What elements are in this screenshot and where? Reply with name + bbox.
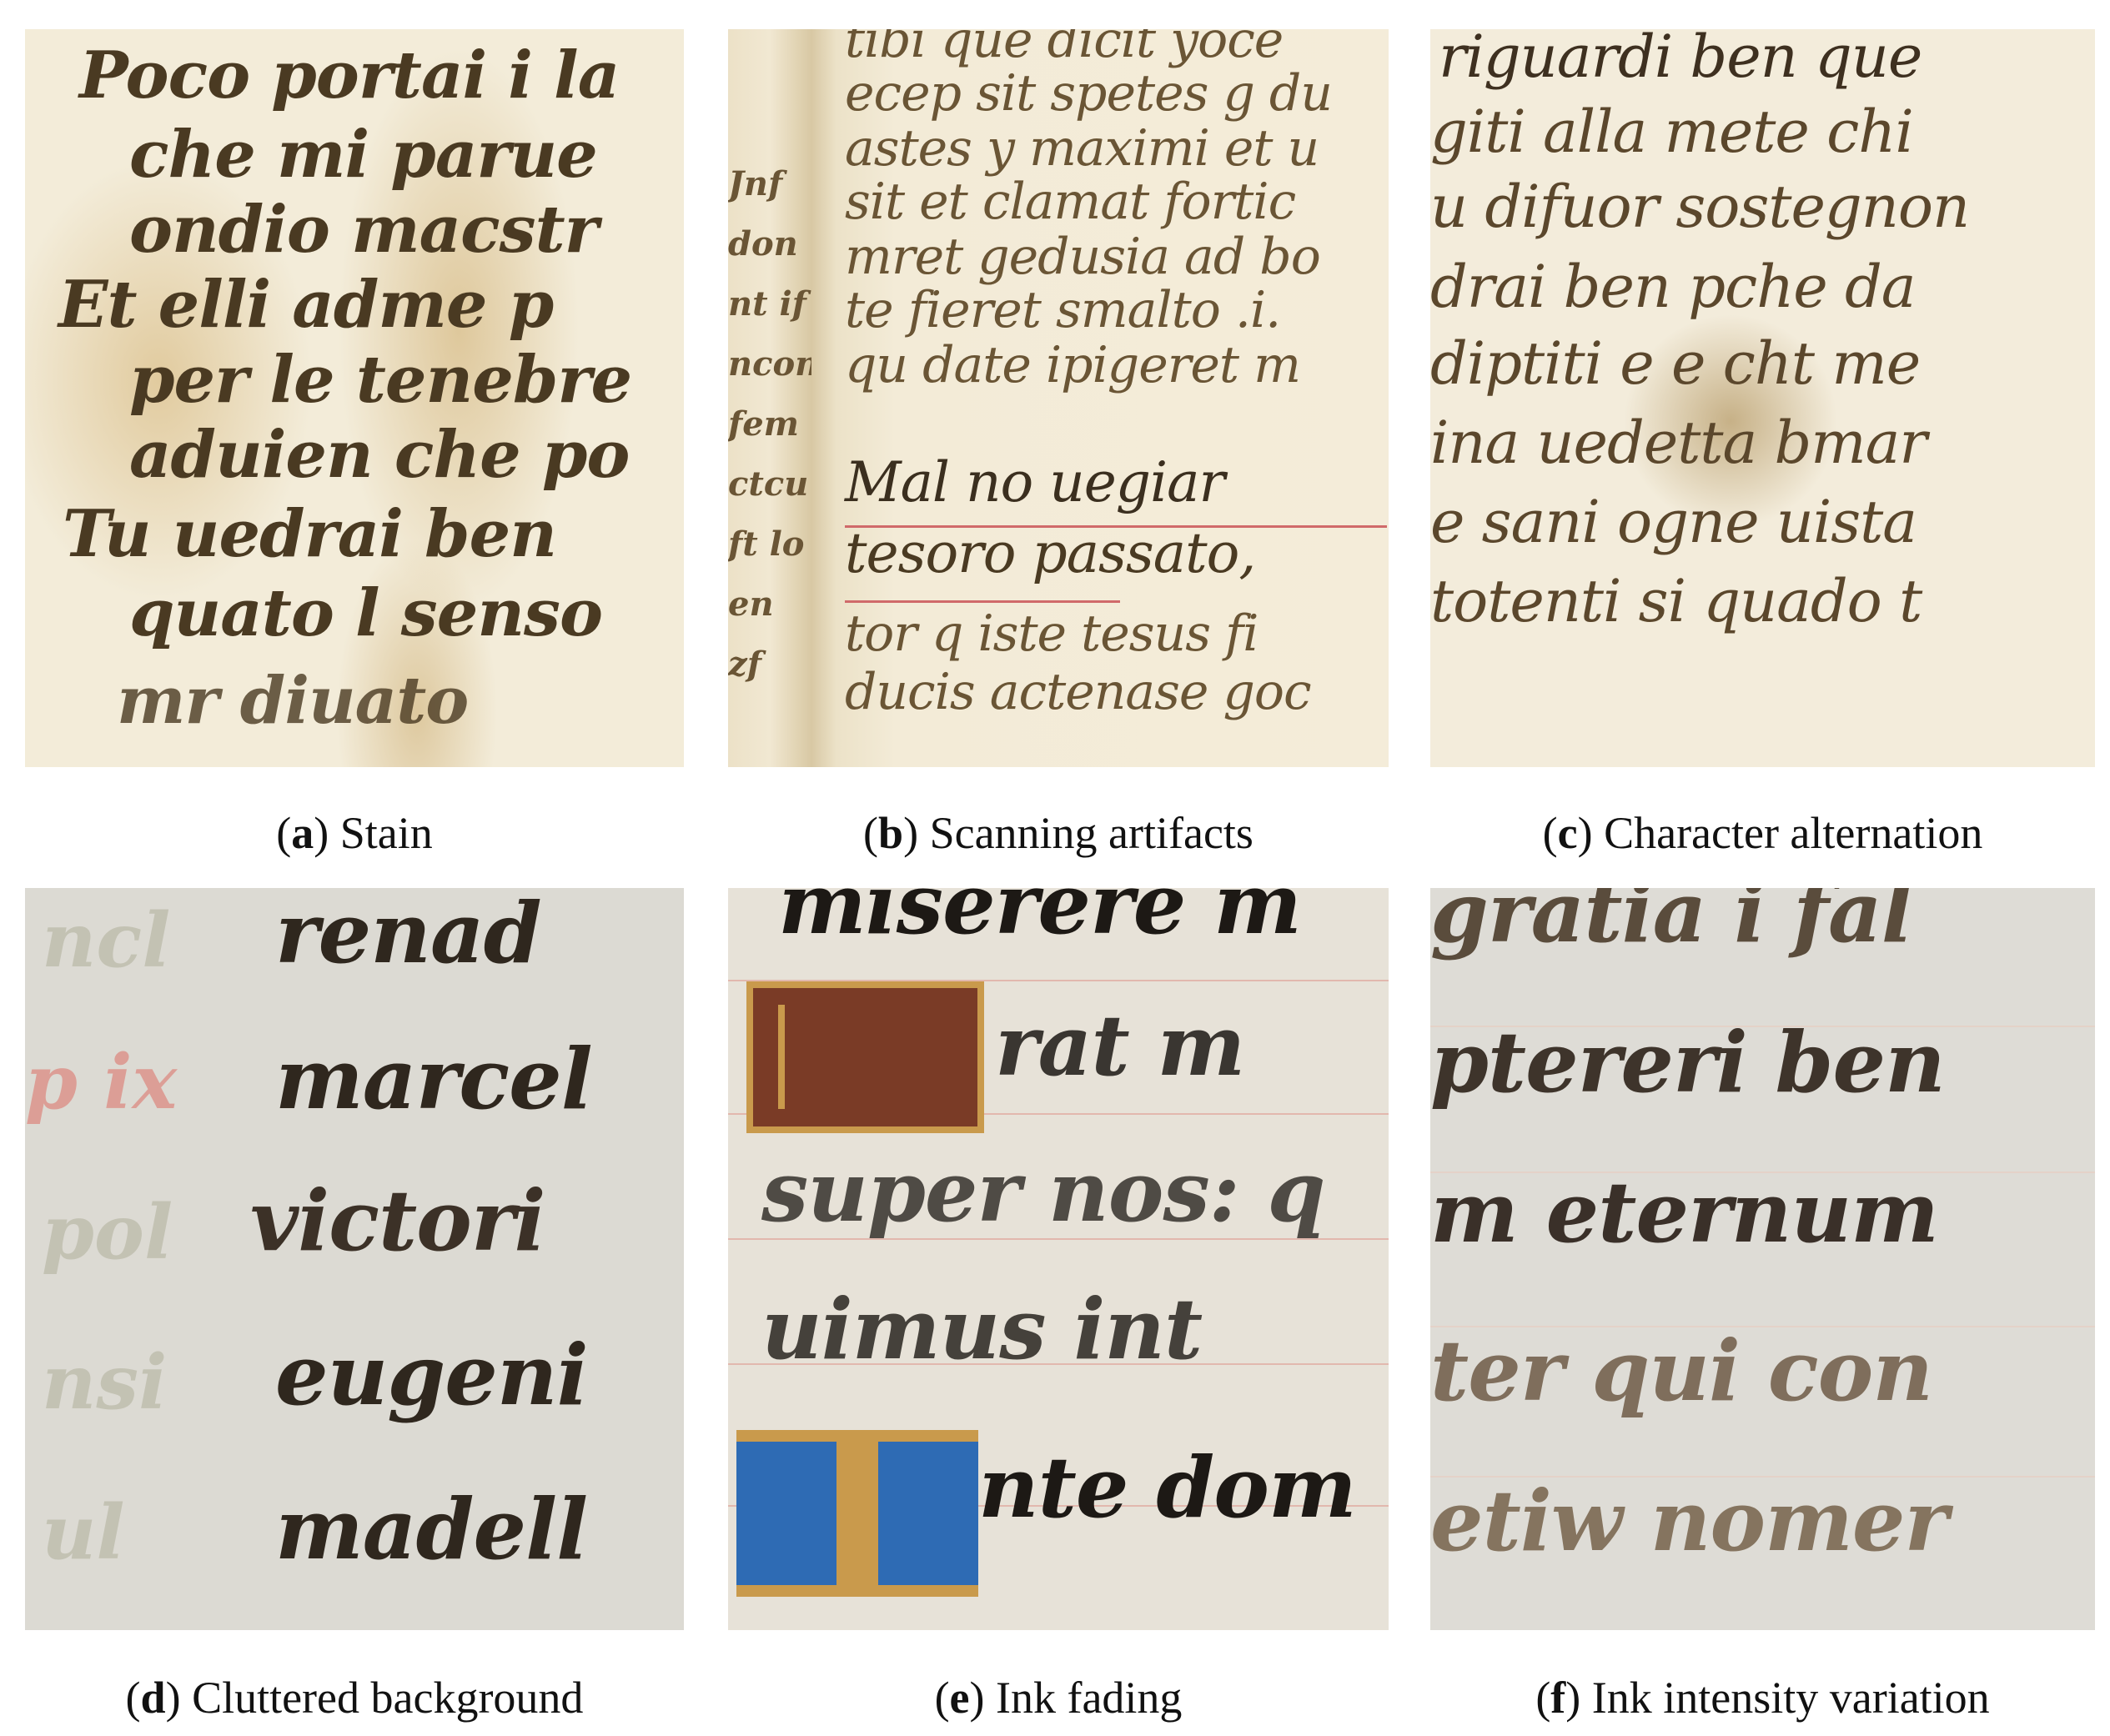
illuminated-initial-blue <box>736 1430 978 1597</box>
manuscript-line: per le tenebre <box>129 342 631 418</box>
manuscript-line: tibi que dicit yoce <box>845 29 1283 69</box>
manuscript-line: qu date ipigeret m <box>845 336 1300 394</box>
caption-text: Character alternation <box>1604 808 1982 858</box>
bleed-through-text: p ix <box>25 1038 177 1126</box>
manuscript-line: ducis actenase goc <box>845 663 1311 721</box>
caption-a: (a) Stain <box>25 807 684 859</box>
illuminated-initial-brown <box>746 981 984 1133</box>
bleed-through-text: ul <box>42 1488 125 1577</box>
manuscript-line: drai ben pche da <box>1430 253 1916 321</box>
caption-text: Scanning artifacts <box>930 808 1253 858</box>
manuscript-line: te fieret smalto .i. <box>845 281 1280 339</box>
manuscript-image-stain: Poco portai i la che mi parue ondio macs… <box>25 29 684 767</box>
manuscript-line: ter qui con <box>1430 1322 1932 1420</box>
facing-page-gutter: Jnf don nt if ncon fem ctcu ft lo en zf <box>728 154 811 695</box>
caption-f: (f) Ink intensity variation <box>1430 1672 2095 1723</box>
caption-label: c <box>1558 808 1578 858</box>
manuscript-line: eugeni <box>275 1326 588 1424</box>
manuscript-line: Tu uedrai ben <box>63 496 556 572</box>
caption-text: Stain <box>340 808 433 858</box>
gutter-line: en zf <box>728 574 811 695</box>
manuscript-image-scanning-artifacts: Jnf don nt if ncon fem ctcu ft lo en zf … <box>728 29 1389 767</box>
gutter-line: ctcu <box>728 454 811 514</box>
manuscript-line: miserere m <box>778 888 1301 953</box>
rubric-underline <box>845 600 1120 603</box>
manuscript-line: riguardi ben que <box>1439 29 1922 91</box>
gutter-line: don <box>728 214 811 274</box>
manuscript-image-character-alternation: riguardi ben que giti alla mete chi u di… <box>1430 29 2095 767</box>
manuscript-line: astes y maximi et u <box>845 119 1319 178</box>
manuscript-line: mret gedusia ad bo <box>845 228 1320 286</box>
caption-text: Cluttered background <box>192 1673 583 1723</box>
caption-text: Ink fading <box>996 1673 1182 1723</box>
manuscript-line: renad <box>275 888 541 982</box>
manuscript-line: giti alla mete chi <box>1430 98 1913 166</box>
manuscript-line: madell <box>275 1480 587 1578</box>
manuscript-image-ink-intensity-variation: gratia i fal ptereri ben m eternum ter q… <box>1430 888 2095 1630</box>
manuscript-line: Et elli adme p <box>58 267 553 343</box>
manuscript-line: nte dom <box>978 1438 1356 1537</box>
manuscript-line: etiw nomer <box>1430 1472 1947 1570</box>
manuscript-line: tesoro passato, <box>845 521 1255 585</box>
manuscript-line: diptiti e e cht me <box>1430 329 1920 398</box>
manuscript-line: u difuor sostegnon <box>1430 173 1969 241</box>
caption-label: a <box>291 808 314 858</box>
manuscript-line: Mal no uegiar <box>845 450 1224 514</box>
manuscript-line: victori <box>250 1172 545 1270</box>
manuscript-line: sit et clamat fortic <box>845 173 1295 231</box>
caption-b: (b) Scanning artifacts <box>728 807 1389 859</box>
manuscript-image-cluttered-background: ncl p ix pol nsi ul renad marcel victori… <box>25 888 684 1630</box>
manuscript-line: tor q iste tesus fi <box>845 605 1258 663</box>
manuscript-line: mr diuato <box>117 663 468 739</box>
caption-label: b <box>878 808 903 858</box>
gutter-line: nt if <box>728 274 811 334</box>
caption-d: (d) Cluttered background <box>25 1672 684 1723</box>
manuscript-line: Poco portai i la <box>79 38 619 113</box>
manuscript-line: aduien che po <box>129 417 629 493</box>
manuscript-line: uimus int <box>761 1280 1202 1378</box>
bleed-through-text: nsi <box>42 1338 167 1427</box>
manuscript-line: marcel <box>275 1030 592 1128</box>
gutter-line: fem <box>728 394 811 454</box>
manuscript-line: ondio macstr <box>129 192 598 268</box>
bleed-through-text: ncl <box>42 896 170 985</box>
gutter-line: ft lo <box>728 514 811 574</box>
caption-e: (e) Ink fading <box>728 1672 1389 1723</box>
gutter-line: Jnf <box>728 154 811 214</box>
caption-label: e <box>950 1673 970 1723</box>
manuscript-line: gratia i fal <box>1430 888 1912 961</box>
manuscript-line: rat m <box>995 996 1244 1095</box>
manuscript-line: e sani ogne uista <box>1430 488 1917 556</box>
manuscript-image-ink-fading: miserere m rat m super nos: q uimus int … <box>728 888 1389 1630</box>
manuscript-line: che mi parue <box>129 117 597 193</box>
caption-label: f <box>1550 1673 1565 1723</box>
manuscript-line: totenti si quado t <box>1430 567 1922 635</box>
caption-c: (c) Character alternation <box>1430 807 2095 859</box>
bleed-through-text: pol <box>42 1188 173 1277</box>
manuscript-line: ecep sit spetes g du <box>845 64 1332 123</box>
caption-text: Ink intensity variation <box>1592 1673 1990 1723</box>
manuscript-line: m eternum <box>1430 1163 1938 1262</box>
manuscript-line: quato l senso <box>129 575 602 651</box>
gutter-line: ncon <box>728 334 811 394</box>
caption-label: d <box>141 1673 166 1723</box>
manuscript-line: ptereri ben <box>1430 1013 1945 1111</box>
manuscript-line: ina uedetta bmar <box>1430 409 1927 477</box>
manuscript-line: super nos: q <box>761 1142 1324 1241</box>
